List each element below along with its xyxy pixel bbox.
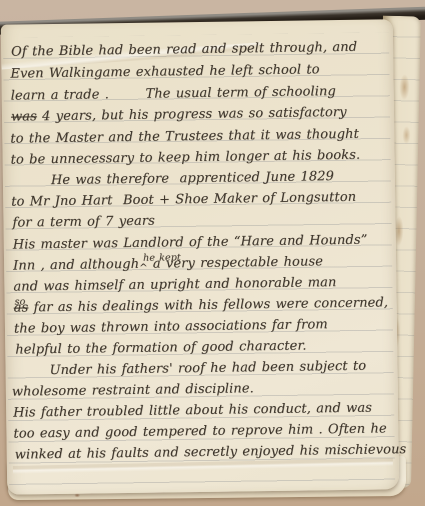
manuscript-line: Even Walkingame exhausted he left school… <box>10 62 319 83</box>
line-text: His father troubled little about his con… <box>13 401 372 421</box>
line-text: Under his fathers' roof he had been subj… <box>49 359 366 378</box>
line-text: too easy and good tempered to reprove hi… <box>13 421 386 441</box>
manuscript-line: wholesome restraint and discipline. <box>12 381 254 401</box>
line-text: to the Master and the Trustees that it w… <box>10 127 359 147</box>
correction: soas <box>14 300 29 316</box>
caret-mark: ^ <box>139 263 148 276</box>
manuscript-line: helpful to the formation of good charact… <box>15 339 306 359</box>
line-text: Of the Bible had been read and spelt thr… <box>11 40 357 60</box>
manuscript-line: was 4 years, but his progress was so sat… <box>11 105 347 126</box>
manuscript-line: Under his fathers' roof he had been subj… <box>49 359 366 380</box>
inserted-text: he kept <box>143 253 181 263</box>
stain <box>74 493 80 497</box>
corrected-word: so <box>15 297 26 307</box>
line-text: to be unnecessary to keep him longer at … <box>11 148 361 168</box>
notebook-page: Of the Bible had been read and spelt thr… <box>1 19 400 494</box>
manuscript-line: Inn , and althoughhe kept^ a very respec… <box>13 254 323 275</box>
line-text: wholesome restraint and discipline. <box>12 381 254 399</box>
line-text: He was therefore apprenticed June 1829 <box>51 169 334 188</box>
line-text: far as his dealings with his fellows wer… <box>28 295 388 315</box>
manuscript-line: Of the Bible had been read and spelt thr… <box>11 40 357 61</box>
manuscript-line: soas far as his dealings with his fellow… <box>14 295 389 316</box>
line-text: 4 years, but his progress was so satisfa… <box>37 105 347 124</box>
manuscript-line: too easy and good tempered to reprove hi… <box>13 421 386 442</box>
manuscript-line: and was himself an upright and honorable… <box>13 275 336 296</box>
manuscript-line: to be unnecessary to keep him longer at … <box>11 148 361 169</box>
line-text: and was himself an upright and honorable… <box>13 275 336 295</box>
scanned-notebook: Of the Bible had been read and spelt thr… <box>0 0 425 506</box>
handwriting-layer: Of the Bible had been read and spelt thr… <box>1 19 400 494</box>
struck-word: was <box>11 109 37 124</box>
line-text: the boy was thrown into associations far… <box>14 317 328 336</box>
manuscript-line: to Mr Jno Hart Boot + Shoe Maker of Long… <box>11 190 356 211</box>
manuscript-line: His master was Landlord of the “Hare and… <box>13 233 368 254</box>
foxing-stain <box>402 126 410 144</box>
manuscript-line: the boy was thrown into associations far… <box>14 317 328 338</box>
line-text: to Mr Jno Hart Boot + Shoe Maker of Long… <box>11 190 356 210</box>
line-text: His master was Landlord of the “Hare and… <box>13 233 368 253</box>
manuscript-line: for a term of 7 years <box>12 214 155 232</box>
line-text: Even Walkingame exhausted he left school… <box>10 62 319 81</box>
foxing-stain <box>399 74 410 100</box>
line-text: for a term of 7 years <box>12 214 155 231</box>
insertion: he kept^ <box>139 257 148 273</box>
manuscript-line: to the Master and the Trustees that it w… <box>10 127 359 148</box>
line-text: Inn , and although <box>13 257 139 274</box>
line-text: learn a trade . The usual term of school… <box>11 84 336 104</box>
line-text: winked at his faults and secretly enjoye… <box>15 442 407 462</box>
line-text: helpful to the formation of good charact… <box>15 339 306 358</box>
manuscript-line: learn a trade . The usual term of school… <box>11 84 336 105</box>
manuscript-line: winked at his faults and secretly enjoye… <box>15 442 407 464</box>
manuscript-line: His father troubled little about his con… <box>13 401 372 422</box>
manuscript-line: He was therefore apprenticed June 1829 <box>51 169 334 189</box>
